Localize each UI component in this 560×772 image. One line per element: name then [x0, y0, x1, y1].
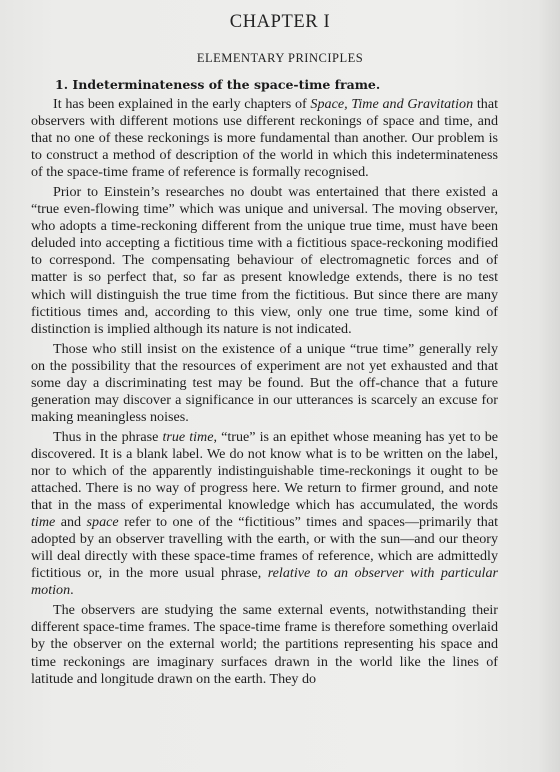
paragraph: It has been explained in the early chapt… — [31, 96, 498, 181]
chapter-title: CHAPTER I — [0, 12, 560, 33]
book-page: CHAPTER I ELEMENTARY PRINCIPLES 1. Indet… — [0, 0, 560, 772]
paragraph: The observers are studying the same exte… — [31, 602, 498, 687]
italic-text: time — [31, 514, 55, 530]
text-run: The observers are studying the same exte… — [31, 602, 498, 686]
paragraph: Thus in the phrase true time, “true” is … — [31, 429, 498, 599]
text-run: Those who still insist on the existence … — [31, 341, 498, 425]
paragraph: Prior to Einstein’s researches no doubt … — [31, 184, 498, 337]
section-number: 1. — [55, 77, 68, 92]
text-run: Thus in the phrase — [53, 429, 162, 445]
chapter-subtitle: ELEMENTARY PRINCIPLES — [0, 51, 560, 66]
text-run: Prior to Einstein’s researches no doubt … — [31, 184, 498, 336]
italic-text: true time — [162, 429, 213, 445]
italic-text: Space, Time and Gravitation — [310, 96, 473, 112]
paragraph: Those who still insist on the existence … — [31, 341, 498, 426]
section-title: Indeterminateness of the space-time fram… — [72, 77, 380, 92]
italic-text: space — [87, 514, 119, 530]
body-text: It has been explained in the early chapt… — [31, 96, 498, 691]
text-run: and — [55, 514, 86, 530]
text-run: . — [70, 582, 74, 598]
text-run: It has been explained in the early chapt… — [53, 96, 310, 112]
section-heading: 1. Indeterminateness of the space-time f… — [55, 77, 380, 92]
